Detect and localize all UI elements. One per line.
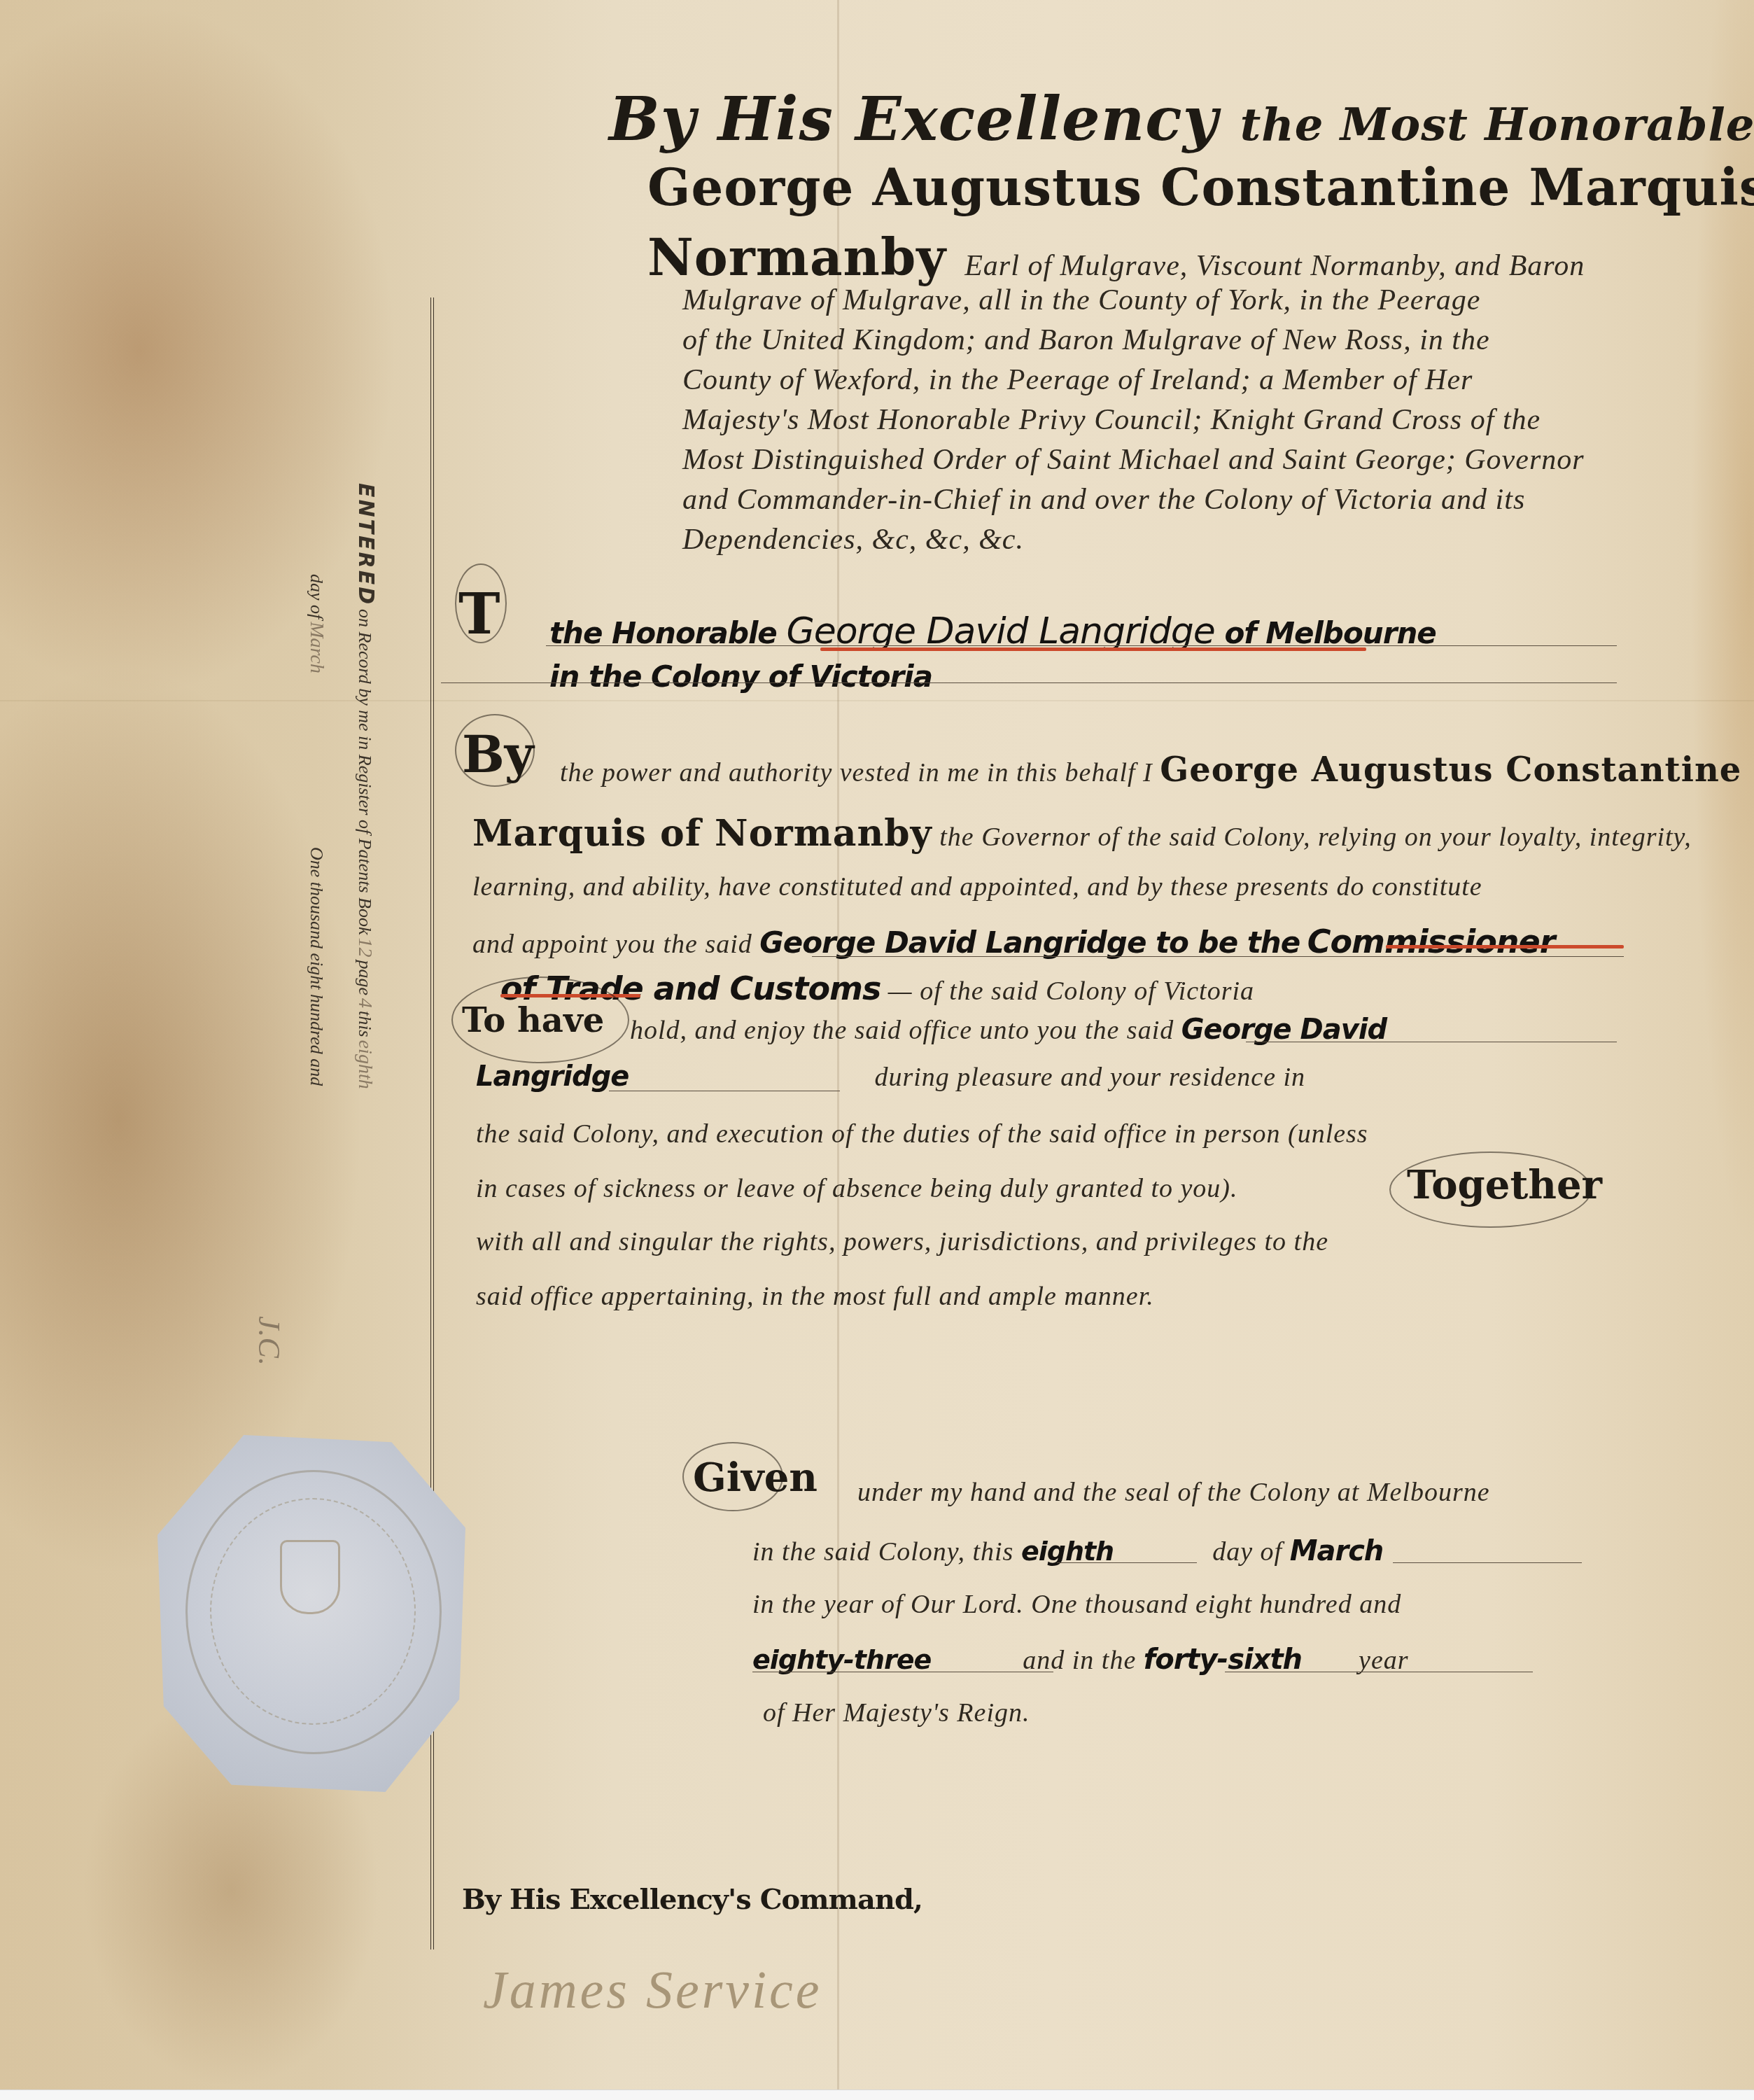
header-titles-line: of the United Kingdom; and Baron Mulgrav…: [682, 323, 1490, 357]
ruled-line: [609, 1091, 840, 1091]
tenure-line-3: the said Colony, and execution of the du…: [476, 1119, 1368, 1149]
red-underline: [1386, 945, 1624, 948]
authority-line-3: learning, and ability, have constituted …: [472, 871, 1482, 902]
header-normanby: Normanby: [647, 227, 946, 287]
header-titles-line: Majesty's Most Honorable Privy Council; …: [682, 403, 1541, 437]
header-line-2: George Augustus Constantine Marquis of: [647, 157, 1754, 217]
tenure-line-4: in cases of sickness or leave of absence…: [476, 1173, 1237, 1204]
given-initial: Given: [693, 1455, 818, 1501]
tenure-line-2: Langridge during pleasure and your resid…: [476, 1060, 1305, 1093]
entered-month: March: [306, 622, 328, 673]
header-by-his-excellency: By His Excellency: [609, 84, 1219, 155]
address-line-2: in the Colony of Victoria: [549, 659, 932, 694]
entered-note-line-2: day of March One thousand eight hundred …: [305, 574, 328, 1086]
given-line-5: of Her Majesty's Reign.: [763, 1697, 1030, 1728]
appointee-surname-handwritten: Langridge: [476, 1060, 629, 1093]
header-titles-line: and Commander-in-Chief in and over the C…: [682, 483, 1525, 517]
address-initial: T: [458, 581, 500, 647]
entered-day: eighth: [354, 1040, 376, 1089]
ruled-line: [812, 956, 1624, 957]
ruled-line: [1225, 1672, 1533, 1672]
ruled-line: [1246, 1042, 1617, 1042]
office-title-handwritten: Commissioner: [1307, 923, 1555, 960]
authority-text: the power and authority vested in me in …: [560, 758, 1153, 787]
header-titles-line: Dependencies, &c, &c, &c.: [682, 523, 1024, 556]
address-line-1: the Honorable George David Langridge of …: [549, 610, 1436, 652]
header-titles-line: County of Wexford, in the Peerage of Ire…: [682, 363, 1473, 397]
ruled-line: [1393, 1562, 1582, 1563]
together-initial: Together: [1407, 1162, 1602, 1208]
mount-edge: [0, 2089, 1754, 2100]
authority-line-1: the power and authority vested in me in …: [560, 750, 1741, 790]
header-most-honorable: the Most Honorable: [1240, 99, 1754, 151]
header-line-1: By His Excellency the Most Honorable: [609, 84, 1754, 155]
authority-initial: By: [462, 724, 534, 784]
book-number: 12: [354, 938, 376, 958]
authority-line-4: and appoint you the said George David La…: [472, 923, 1555, 960]
tenure-text: during pleasure and your residence in: [874, 1063, 1305, 1092]
authority-text: of the said Colony of Victoria: [920, 976, 1254, 1006]
header-line-3: Normanby Earl of Mulgrave, Viscount Norm…: [647, 227, 1585, 287]
authority-line-2: Marquis of Normanby the Governor of the …: [472, 812, 1692, 855]
entered-text: page: [355, 960, 375, 996]
ruled-line: [752, 1672, 1053, 1672]
authority-text: and appoint you the said: [472, 930, 752, 959]
appointee-name-handwritten: George David Langridge to be the: [759, 925, 1300, 960]
header-titles-line: Most Distinguished Order of Saint Michae…: [682, 443, 1585, 477]
fold-crease-horizontal: [0, 700, 1754, 701]
entered-note-line-1: ENTERED on Record by me in Register of P…: [353, 483, 378, 1089]
entered-text: on Record by me in Register of Patents B…: [355, 609, 375, 934]
ruled-line: [546, 645, 1617, 646]
tenure-line-6: said office appertaining, in the most fu…: [476, 1281, 1154, 1312]
tenure-line-5: with all and singular the rights, powers…: [476, 1226, 1328, 1257]
given-text: and in the: [1023, 1646, 1136, 1675]
ruled-line: [441, 682, 1617, 683]
page-number: 4: [354, 998, 376, 1008]
red-underline: [820, 647, 1366, 651]
governor-name-gothic: George Augustus Constantine: [1160, 750, 1741, 790]
signature: James Service: [483, 1960, 822, 2021]
given-text: year: [1359, 1646, 1409, 1675]
command-label: By His Excellency's Command,: [462, 1883, 922, 1916]
entered-initials: J.C.: [251, 1316, 287, 1366]
tenure-text: hold, and enjoy the said office unto you…: [630, 1016, 1174, 1045]
entered-text: day of: [307, 574, 327, 619]
seal-shield-icon: [280, 1540, 340, 1614]
header-titles-line: Mulgrave of Mulgrave, all in the County …: [682, 283, 1480, 317]
ruled-line: [1057, 1562, 1197, 1563]
entered-text: this: [355, 1011, 375, 1037]
given-line-3: in the year of Our Lord. One thousand ei…: [752, 1589, 1401, 1620]
year-handwritten: eighty-three: [752, 1644, 931, 1675]
given-text: day of: [1212, 1537, 1282, 1567]
month-handwritten: March: [1290, 1535, 1384, 1567]
marquis-of-normanby-gothic: Marquis of Normanby: [472, 812, 932, 855]
authority-text: the Governor of the said Colony, relying…: [939, 822, 1692, 852]
given-line-1: under my hand and the seal of the Colony…: [857, 1477, 1490, 1508]
appointee-name: George David Langridge: [786, 610, 1214, 652]
given-text: in the said Colony, this: [752, 1537, 1013, 1567]
header-earl-of-mulgrave: Earl of Mulgrave, Viscount Normanby, and…: [964, 250, 1585, 282]
entered-text: One thousand eight hundred and: [307, 847, 327, 1086]
to-have-initial: To have: [462, 1001, 604, 1040]
entered-title: ENTERED: [353, 483, 378, 606]
